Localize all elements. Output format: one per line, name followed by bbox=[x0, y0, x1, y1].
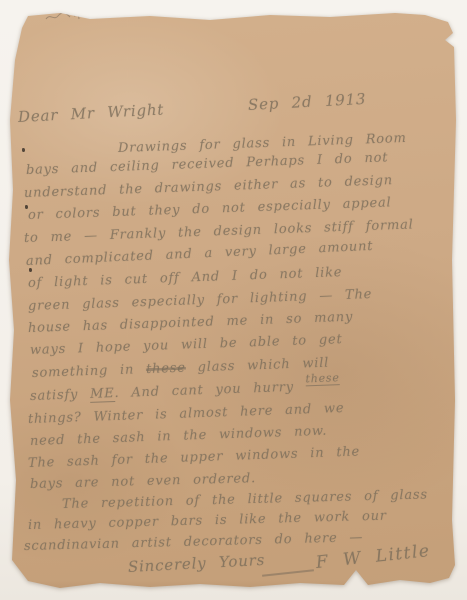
letter-date: Sep 2d 1913 bbox=[248, 90, 367, 114]
pencil-scribble-mark bbox=[44, 9, 98, 25]
letter-closing: Sincerely Yours bbox=[128, 551, 266, 576]
letter-line: The sash for the upper windows in the bbox=[28, 444, 361, 471]
line-text: satisfy bbox=[30, 387, 91, 404]
letter-paper: Sep 2d 1913 Dear Mr Wright Drawings for … bbox=[0, 0, 467, 600]
letter-line-with-emphasis: satisfy ME. And cant you hurry these bbox=[30, 378, 340, 404]
letter-line: house has disappointed me in so many bbox=[28, 310, 354, 336]
letter-line: of light is cut off And I do not like bbox=[28, 265, 343, 291]
paper-sheet: Sep 2d 1913 Dear Mr Wright Drawings for … bbox=[0, 0, 467, 600]
struck-word: these bbox=[146, 361, 186, 377]
letter-salutation: Dear Mr Wright bbox=[18, 100, 165, 126]
letter-line: bays and ceiling received Perhaps I do n… bbox=[26, 150, 389, 178]
line-text: something in bbox=[32, 362, 147, 381]
letter-line: things? Winter is almost here and we bbox=[28, 401, 345, 427]
paper-speck bbox=[22, 148, 25, 152]
signature-flourish bbox=[262, 569, 314, 576]
letter-line-with-strikethrough: something in these glass which will bbox=[32, 356, 330, 381]
letter-line: scandinavian artist decorators do here — bbox=[24, 530, 364, 554]
letter-line: in heavy copper bars is like the work ou… bbox=[28, 509, 387, 533]
letter-line: ways I hope you will be able to get bbox=[30, 332, 343, 358]
letter-line: or colors but they do not especially app… bbox=[28, 195, 392, 223]
underlined-word: ME bbox=[90, 386, 115, 403]
line-text: . And cant you hurry bbox=[114, 379, 306, 401]
inserted-word: these bbox=[305, 371, 340, 386]
letter-line: need the sash in the windows now. bbox=[30, 424, 328, 449]
letter-line: bays are not even ordered. bbox=[30, 471, 256, 492]
